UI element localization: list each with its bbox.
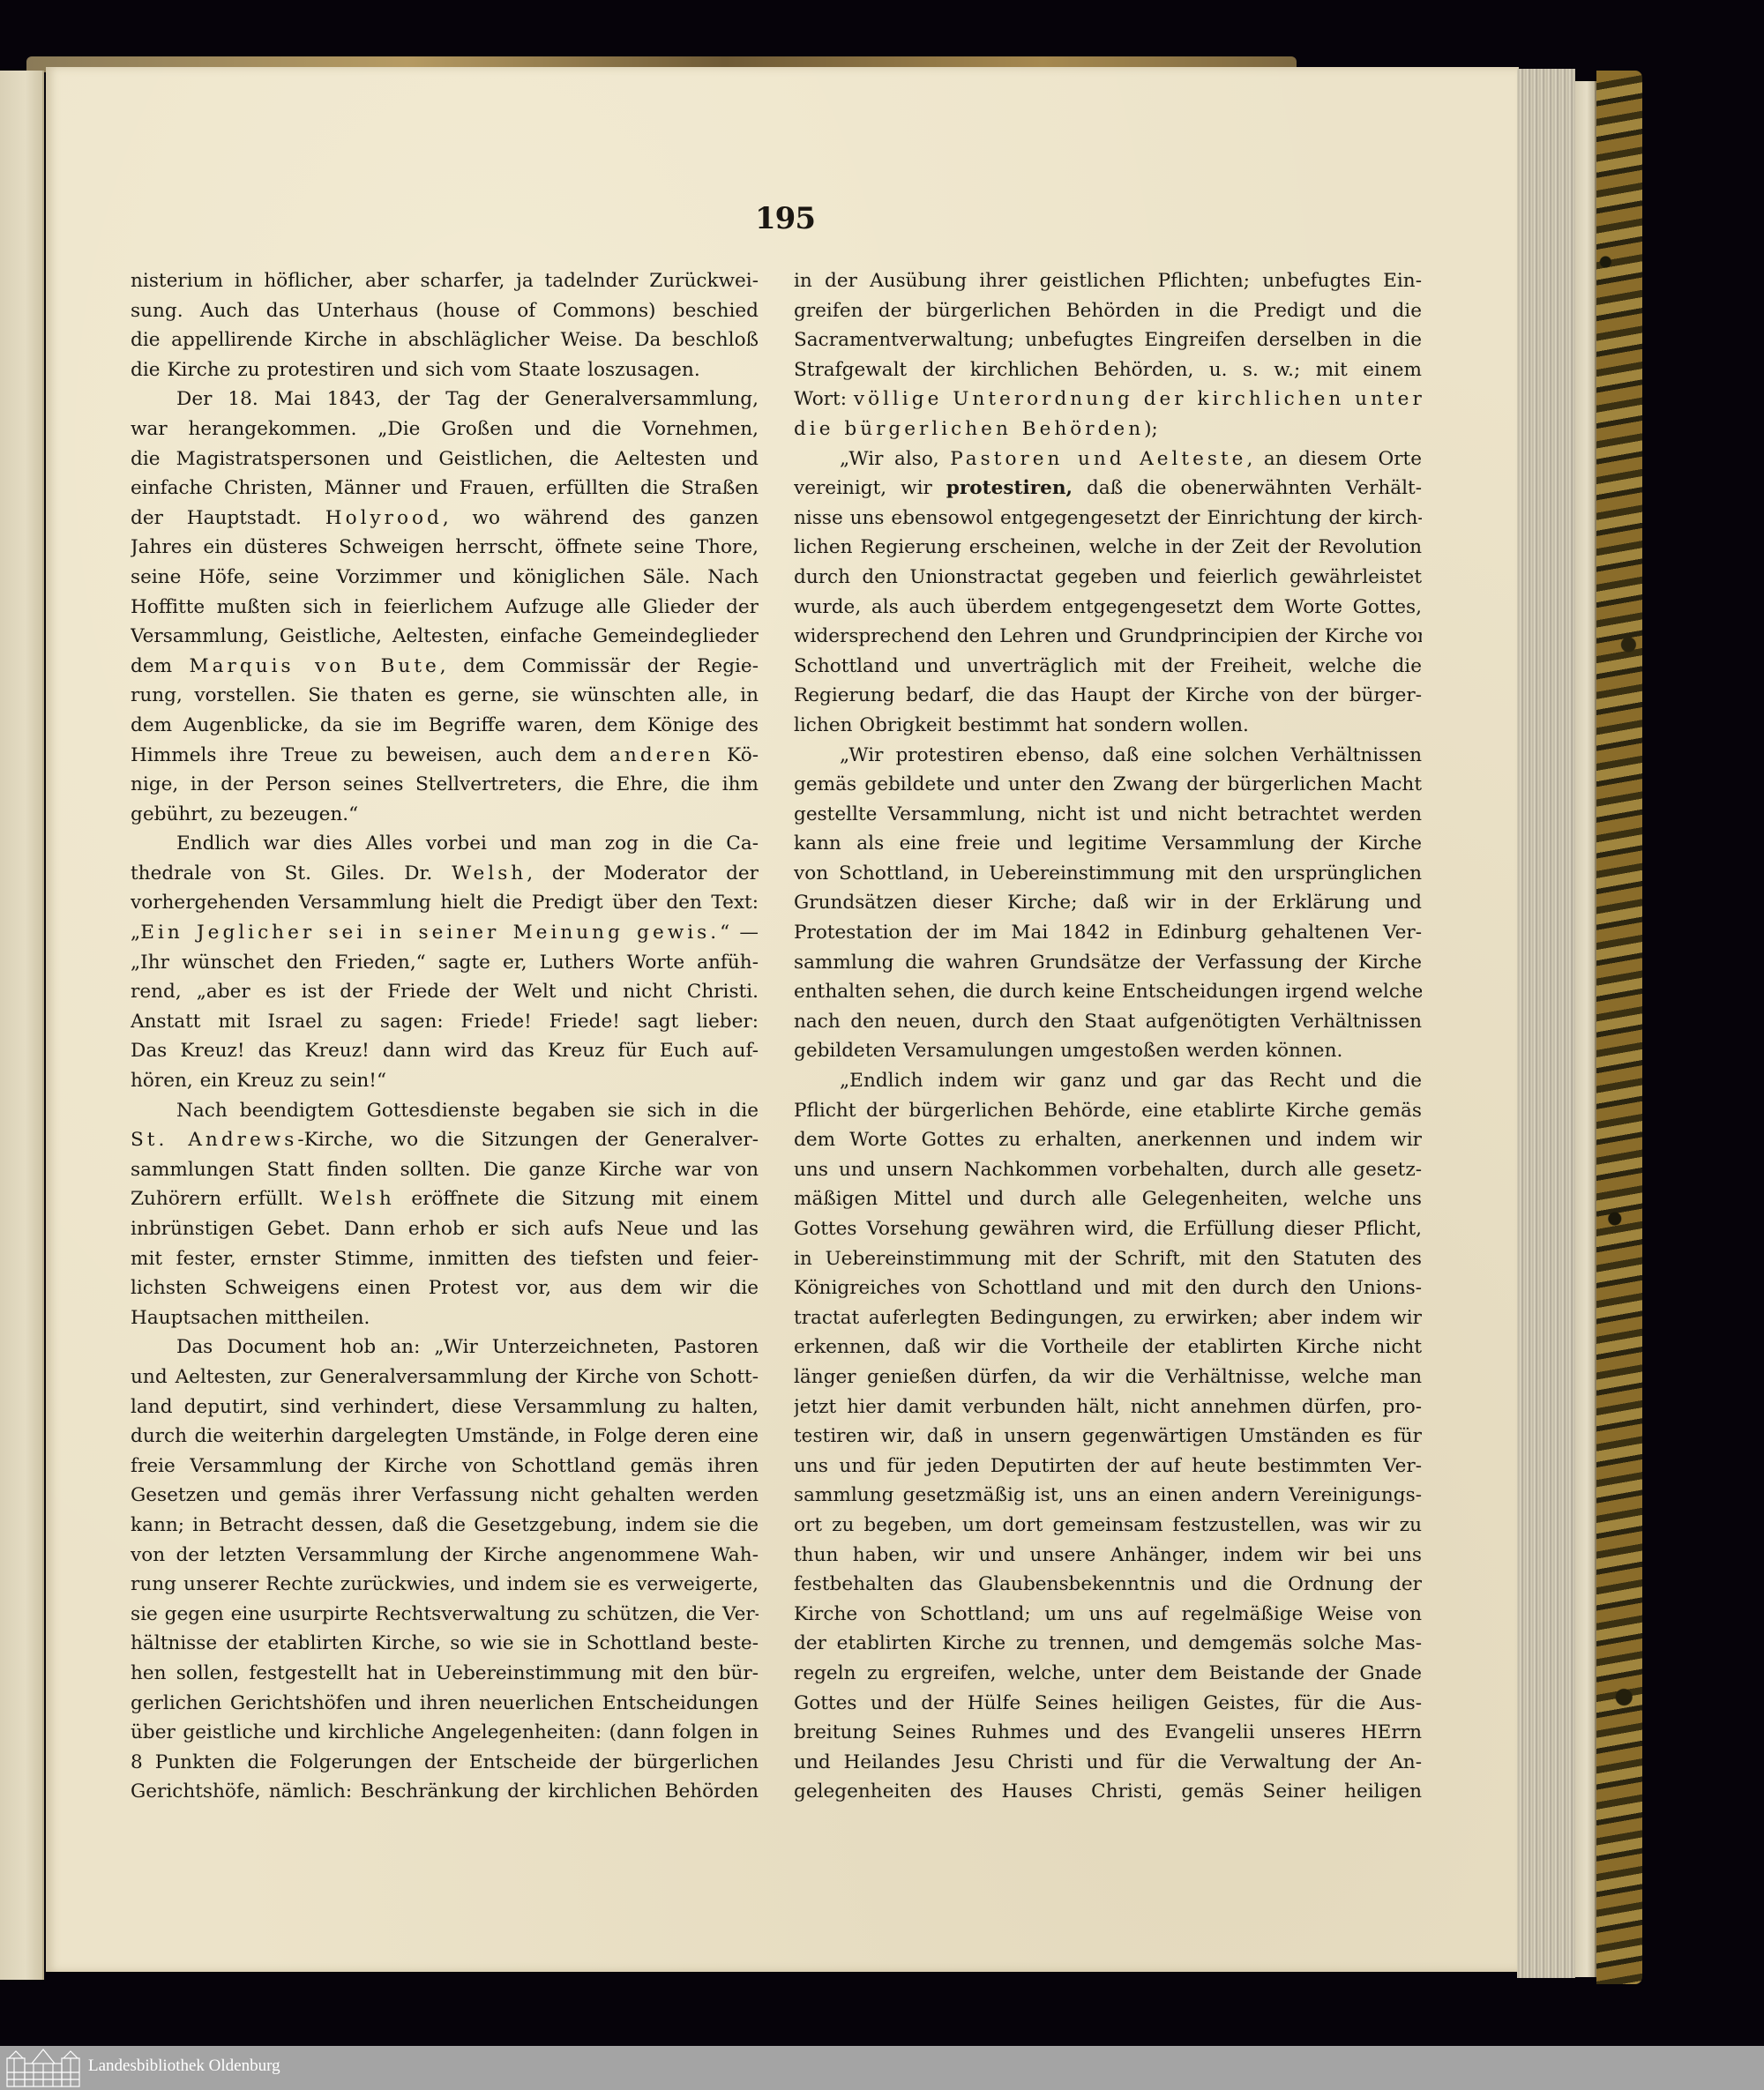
text-line: die Kirche zu protestiren und sich vom S… (131, 355, 759, 385)
spaced-emphasis: Marquis von Bute (190, 655, 440, 677)
text-line: Strafgewalt der kirchlichen Behörden, u.… (794, 355, 1422, 385)
text-line: war herangekommen. „Die Großen und die V… (131, 414, 759, 444)
marbled-cover-edge (1596, 71, 1642, 1984)
text-line: ort zu begeben, um dort gemeinsam festzu… (794, 1511, 1422, 1541)
text-line: dem Marquis von Bute, dem Commissär der … (131, 652, 759, 682)
text-line: „Wir also, Pastoren und Aelteste, an die… (794, 444, 1422, 474)
spaced-emphasis: Ein Jeglicher sei in seiner Meinung gewi… (140, 922, 720, 944)
text-column-right: in der Ausübung ihrer geistlichen Pflich… (794, 266, 1422, 1807)
text-line: Regierung bedarf, die das Haupt der Kirc… (794, 681, 1422, 711)
text-line: tractat auferlegten Bedingungen, zu erwi… (794, 1303, 1422, 1333)
text-line: der Hauptstadt. Holyrood, wo während des… (131, 504, 759, 534)
text-line: die Magistratspersonen und Geistlichen, … (131, 444, 759, 474)
page-block-edges (1517, 69, 1575, 1978)
text-line: nach den neuen, durch den Staat aufgenöt… (794, 1007, 1422, 1037)
text-line: Endlich war dies Alles vorbei und man zo… (131, 829, 759, 859)
text-line: wurde, als auch überdem entgegengesetzt … (794, 593, 1422, 623)
text-line: Gottes Vorsehung gewähren wird, die Erfü… (794, 1214, 1422, 1244)
text-line: Grundsätzen dieser Kirche; daß wir in de… (794, 888, 1422, 918)
text-line: gebührt, zu bezeugen.“ (131, 800, 759, 830)
text-line: kann; in Betracht dessen, daß die Gesetz… (131, 1511, 759, 1541)
text-column-left: nisterium in höflicher, aber scharfer, j… (131, 266, 759, 1807)
text-line: rung unserer Rechte zurückwies, und inde… (131, 1570, 759, 1600)
text-line: „Ihr wünschet den Frieden,“ sagte er, Lu… (131, 948, 759, 978)
text-line: freie Versammlung der Kirche von Schottl… (131, 1452, 759, 1482)
facing-page-edge (0, 71, 44, 1980)
text-line: Hauptsachen mittheilen. (131, 1303, 759, 1333)
text-line: sammlung die wahren Grundsätze der Verfa… (794, 948, 1422, 978)
text-line: „Endlich indem wir ganz und gar das Rech… (794, 1066, 1422, 1096)
text-line: rung, vorstellen. Sie thaten es gerne, s… (131, 681, 759, 711)
text-line: testiren wir, daß in unsern gegenwärtige… (794, 1422, 1422, 1452)
text-line: thedrale von St. Giles. Dr. Welsh, der M… (131, 859, 759, 889)
emphasized-word: protestiren, (946, 477, 1073, 499)
library-building-icon (5, 2046, 81, 2088)
text-line: St. Andrews-Kirche, wo die Sitzungen der… (131, 1125, 759, 1155)
text-line: Protestation der im Mai 1842 in Edinburg… (794, 918, 1422, 948)
text-line: „Wir protestiren ebenso, daß eine solche… (794, 741, 1422, 771)
text-line: Das Kreuz! das Kreuz! dann wird das Kreu… (131, 1036, 759, 1066)
text-line: hen sollen, festgestellt hat in Ueberein… (131, 1659, 759, 1689)
text-line: widersprechend den Lehren und Grundprinc… (794, 622, 1422, 652)
text-line: sung. Auch das Unterhaus (house of Commo… (131, 296, 759, 326)
text-line: Gottes und der Hülfe Seines heiligen Gei… (794, 1689, 1422, 1719)
text-line: Der 18. Mai 1843, der Tag der Generalver… (131, 384, 759, 414)
text-line: hören, ein Kreuz zu sein!“ (131, 1066, 759, 1096)
text-line: von Schottland, in Uebereinstimmung mit … (794, 859, 1422, 889)
text-line: Versammlung, Geistliche, Aeltesten, einf… (131, 622, 759, 652)
text-line: Jahres ein düsteres Schweigen herrscht, … (131, 533, 759, 563)
text-line: gerlichen Gerichtshöfen und ihren neuerl… (131, 1689, 759, 1719)
text-line: sammlung gesetzmäßig ist, uns an einen a… (794, 1481, 1422, 1511)
text-line: Gesetzen und gemäs ihrer Verfassung nich… (131, 1481, 759, 1511)
text-line: gebildeten Versamulungen umgestoßen werd… (794, 1036, 1422, 1066)
text-line: vorhergehenden Versammlung hielt die Pre… (131, 888, 759, 918)
text-line: land deputirt, sind verhindert, diese Ve… (131, 1392, 759, 1422)
text-line: in Uebereinstimmung mit der Schrift, mit… (794, 1244, 1422, 1274)
text-line: lichsten Schweigens einen Protest vor, a… (131, 1273, 759, 1303)
text-line: Das Document hob an: „Wir Unterzeichnete… (131, 1332, 759, 1362)
spaced-emphasis: Welsh (452, 862, 527, 885)
text-line: Zuhörern erfüllt. Welsh eröffnete die Si… (131, 1184, 759, 1214)
text-line: über geistliche und kirchliche Angelegen… (131, 1718, 759, 1748)
text-line: erkennen, daß wir die Vortheile der etab… (794, 1332, 1422, 1362)
text-line: uns und für jeden Deputirten der auf heu… (794, 1452, 1422, 1482)
spaced-emphasis: die bürgerlichen Behörden (794, 418, 1144, 440)
spaced-emphasis: Welsh (320, 1188, 395, 1210)
text-line: Pflicht der bürgerlichen Behörde, eine e… (794, 1096, 1422, 1126)
text-line: mit fester, ernster Stimme, inmitten des… (131, 1244, 759, 1274)
text-line: thun haben, wir und unsere Anhänger, ind… (794, 1541, 1422, 1571)
text-line: inbrünstigen Gebet. Dann erhob er sich a… (131, 1214, 759, 1244)
text-line: jetzt hier damit verbunden hält, nicht a… (794, 1392, 1422, 1422)
text-line: einfache Christen, Männer und Frauen, er… (131, 474, 759, 504)
footer-bar: Landesbibliothek Oldenburg (0, 2046, 1764, 2090)
spaced-emphasis: Holyrood (325, 507, 443, 529)
text-line: nisse uns ebensowol entgegengesetzt der … (794, 504, 1422, 534)
page-number: 195 (750, 201, 820, 236)
text-line: dem Augenblicke, da sie im Begriffe ware… (131, 711, 759, 741)
text-line: dem Worte Gottes zu erhalten, anerkennen… (794, 1125, 1422, 1155)
text-line: seine Höfe, seine Vorzimmer und königlic… (131, 563, 759, 593)
text-line: greifen der bürgerlichen Behörden in die… (794, 296, 1422, 326)
text-line: Königreiches von Schottland und mit den … (794, 1273, 1422, 1303)
text-line: 8 Punkten die Folgerungen der Entscheide… (131, 1748, 759, 1778)
text-line: die appellirende Kirche in abschlägliche… (131, 325, 759, 355)
text-line: Sacramentverwaltung; unbefugtes Eingreif… (794, 325, 1422, 355)
text-line: kann als eine freie und legitime Versamm… (794, 829, 1422, 859)
text-line: Kirche von Schottland; um uns auf regelm… (794, 1600, 1422, 1630)
text-line: gemäs gebildete und unter den Zwang der … (794, 770, 1422, 800)
text-line: der etablirten Kirche zu trennen, und de… (794, 1629, 1422, 1659)
library-name: Landesbibliothek Oldenburg (88, 2056, 280, 2076)
text-line: rend, „aber es ist der Friede der Welt u… (131, 977, 759, 1007)
text-line: gelegenheiten des Hauses Christi, gemäs … (794, 1777, 1422, 1807)
text-line: Gerichtshöfe, nämlich: Beschränkung der … (131, 1777, 759, 1807)
spaced-emphasis: völlige Unterordnung der kirchlichen unt… (854, 388, 1422, 410)
text-line: Anstatt mit Israel zu sagen: Friede! Fri… (131, 1007, 759, 1037)
text-line: sie gegen eine usurpirte Rechtsverwaltun… (131, 1600, 759, 1630)
text-line: Wort: völlige Unterordnung der kirchlich… (794, 384, 1422, 414)
text-line: durch den Unionstractat gegeben und feie… (794, 563, 1422, 593)
text-line: gestellte Versammlung, nicht ist und nic… (794, 800, 1422, 830)
text-line: in der Ausübung ihrer geistlichen Pflich… (794, 266, 1422, 296)
text-line: Schottland und unverträglich mit der Fre… (794, 652, 1422, 682)
text-line: die bürgerlichen Behörden); (794, 414, 1422, 444)
text-line: regeln zu ergreifen, welche, unter dem B… (794, 1659, 1422, 1689)
text-line: länger genießen dürfen, da wir die Verhä… (794, 1362, 1422, 1392)
text-line: nige, in der Person seines Stellvertrete… (131, 770, 759, 800)
spaced-emphasis: St. Andrews (131, 1129, 297, 1151)
text-line: Nach beendigtem Gottesdienste begaben si… (131, 1096, 759, 1126)
text-line: enthalten sehen, die durch keine Entsche… (794, 977, 1422, 1007)
text-line: von der letzten Versammlung der Kirche a… (131, 1541, 759, 1571)
text-line: breitung Seines Ruhmes und des Evangelii… (794, 1718, 1422, 1748)
text-line: durch die weiterhin dargelegten Umstände… (131, 1422, 759, 1452)
text-line: uns und unsern Nachkommen vorbehalten, d… (794, 1155, 1422, 1185)
spaced-emphasis: anderen (609, 744, 714, 766)
text-line: und Aeltesten, zur Generalversammlung de… (131, 1362, 759, 1392)
text-line: Hoffitte mußten sich in feierlichem Aufz… (131, 593, 759, 623)
text-line: „Ein Jeglicher sei in seiner Meinung gew… (131, 918, 759, 948)
text-line: Himmels ihre Treue zu beweisen, auch dem… (131, 741, 759, 771)
text-line: sammlungen Statt finden sollten. Die gan… (131, 1155, 759, 1185)
spaced-emphasis: Pastoren und Aelteste (950, 448, 1246, 470)
text-line: mäßigen Mittel und durch alle Gelegenhei… (794, 1184, 1422, 1214)
text-line: hältnisse der etablirten Kirche, so wie … (131, 1629, 759, 1659)
text-line: lichen Regierung erscheinen, welche in d… (794, 533, 1422, 563)
text-line: vereinigt, wir protestiren, daß die oben… (794, 474, 1422, 504)
text-line: festbehalten das Glaubensbekenntnis und … (794, 1570, 1422, 1600)
text-line: lichen Obrigkeit bestimmt hat sondern wo… (794, 711, 1422, 741)
page-block-edge-inner (1575, 81, 1596, 1977)
text-line: nisterium in höflicher, aber scharfer, j… (131, 266, 759, 296)
text-line: und Heilandes Jesu Christi und für die V… (794, 1748, 1422, 1778)
